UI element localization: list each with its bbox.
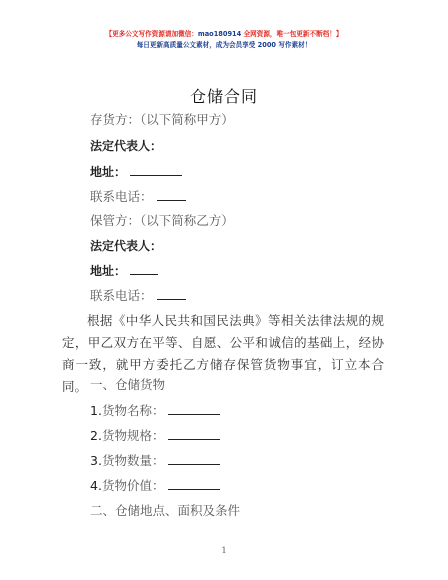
goods-item: 2.货物规格： <box>90 428 220 444</box>
banner-wechat-id: mao180914 <box>198 30 241 38</box>
party-a-address: 地址： <box>90 164 182 180</box>
document-title: 仓储合同 <box>0 84 448 107</box>
party-a-address-blank <box>130 164 182 176</box>
document-page: 【更多公文写作资源请加微信：mao180914 全网资源，唯一包更新不断档！】 … <box>0 0 448 580</box>
goods-item: 4.货物价值： <box>90 478 220 494</box>
party-a-label: 存货方：（以下简称甲方） <box>90 112 234 128</box>
goods-item-number: 3. <box>90 453 102 468</box>
promo-banner-line2: 每日更新高质量公文素材，成为会员享受 2000 写作素材！ <box>0 41 448 50</box>
party-b-address: 地址： <box>90 263 158 279</box>
section2-heading: 二、仓储地点、面积及条件 <box>90 503 240 519</box>
page-number: 1 <box>0 546 448 555</box>
goods-item: 1.货物名称： <box>90 403 220 419</box>
goods-item-number: 4. <box>90 478 102 493</box>
goods-item-number: 1. <box>90 403 102 418</box>
party-a-rep-label: 法定代表人： <box>90 138 162 154</box>
promo-banner-line1: 【更多公文写作资源请加微信：mao180914 全网资源，唯一包更新不断档！】 <box>0 30 448 39</box>
section1-heading: 一、仓储货物 <box>90 377 165 393</box>
banner-prefix: 【更多公文写作资源请加微信： <box>106 30 198 38</box>
goods-spec-blank <box>168 428 220 440</box>
party-a-phone: 联系电话： <box>90 189 186 205</box>
party-a-address-label: 地址： <box>90 165 126 179</box>
goods-item: 3.货物数量： <box>90 453 220 469</box>
goods-item-number: 2. <box>90 428 102 443</box>
banner-suffix: 全网资源，唯一包更新不断档！】 <box>241 30 342 38</box>
party-a-phone-blank <box>157 189 186 201</box>
goods-quantity-blank <box>168 453 220 465</box>
party-b-phone: 联系电话： <box>90 288 186 304</box>
party-b-address-blank <box>130 263 158 275</box>
goods-item-label: 货物价值： <box>102 478 165 493</box>
party-b-label: 保管方：（以下简称乙方） <box>90 213 234 229</box>
goods-item-label: 货物名称： <box>102 403 165 418</box>
goods-item-label: 货物数量： <box>102 453 165 468</box>
party-a-phone-label: 联系电话： <box>90 189 153 204</box>
party-b-rep-label: 法定代表人： <box>90 238 162 254</box>
goods-item-label: 货物规格： <box>102 428 165 443</box>
goods-value-blank <box>168 478 220 490</box>
party-b-phone-blank <box>157 288 186 300</box>
party-b-address-label: 地址： <box>90 264 126 278</box>
goods-name-blank <box>168 403 220 415</box>
party-b-phone-label: 联系电话： <box>90 288 153 303</box>
